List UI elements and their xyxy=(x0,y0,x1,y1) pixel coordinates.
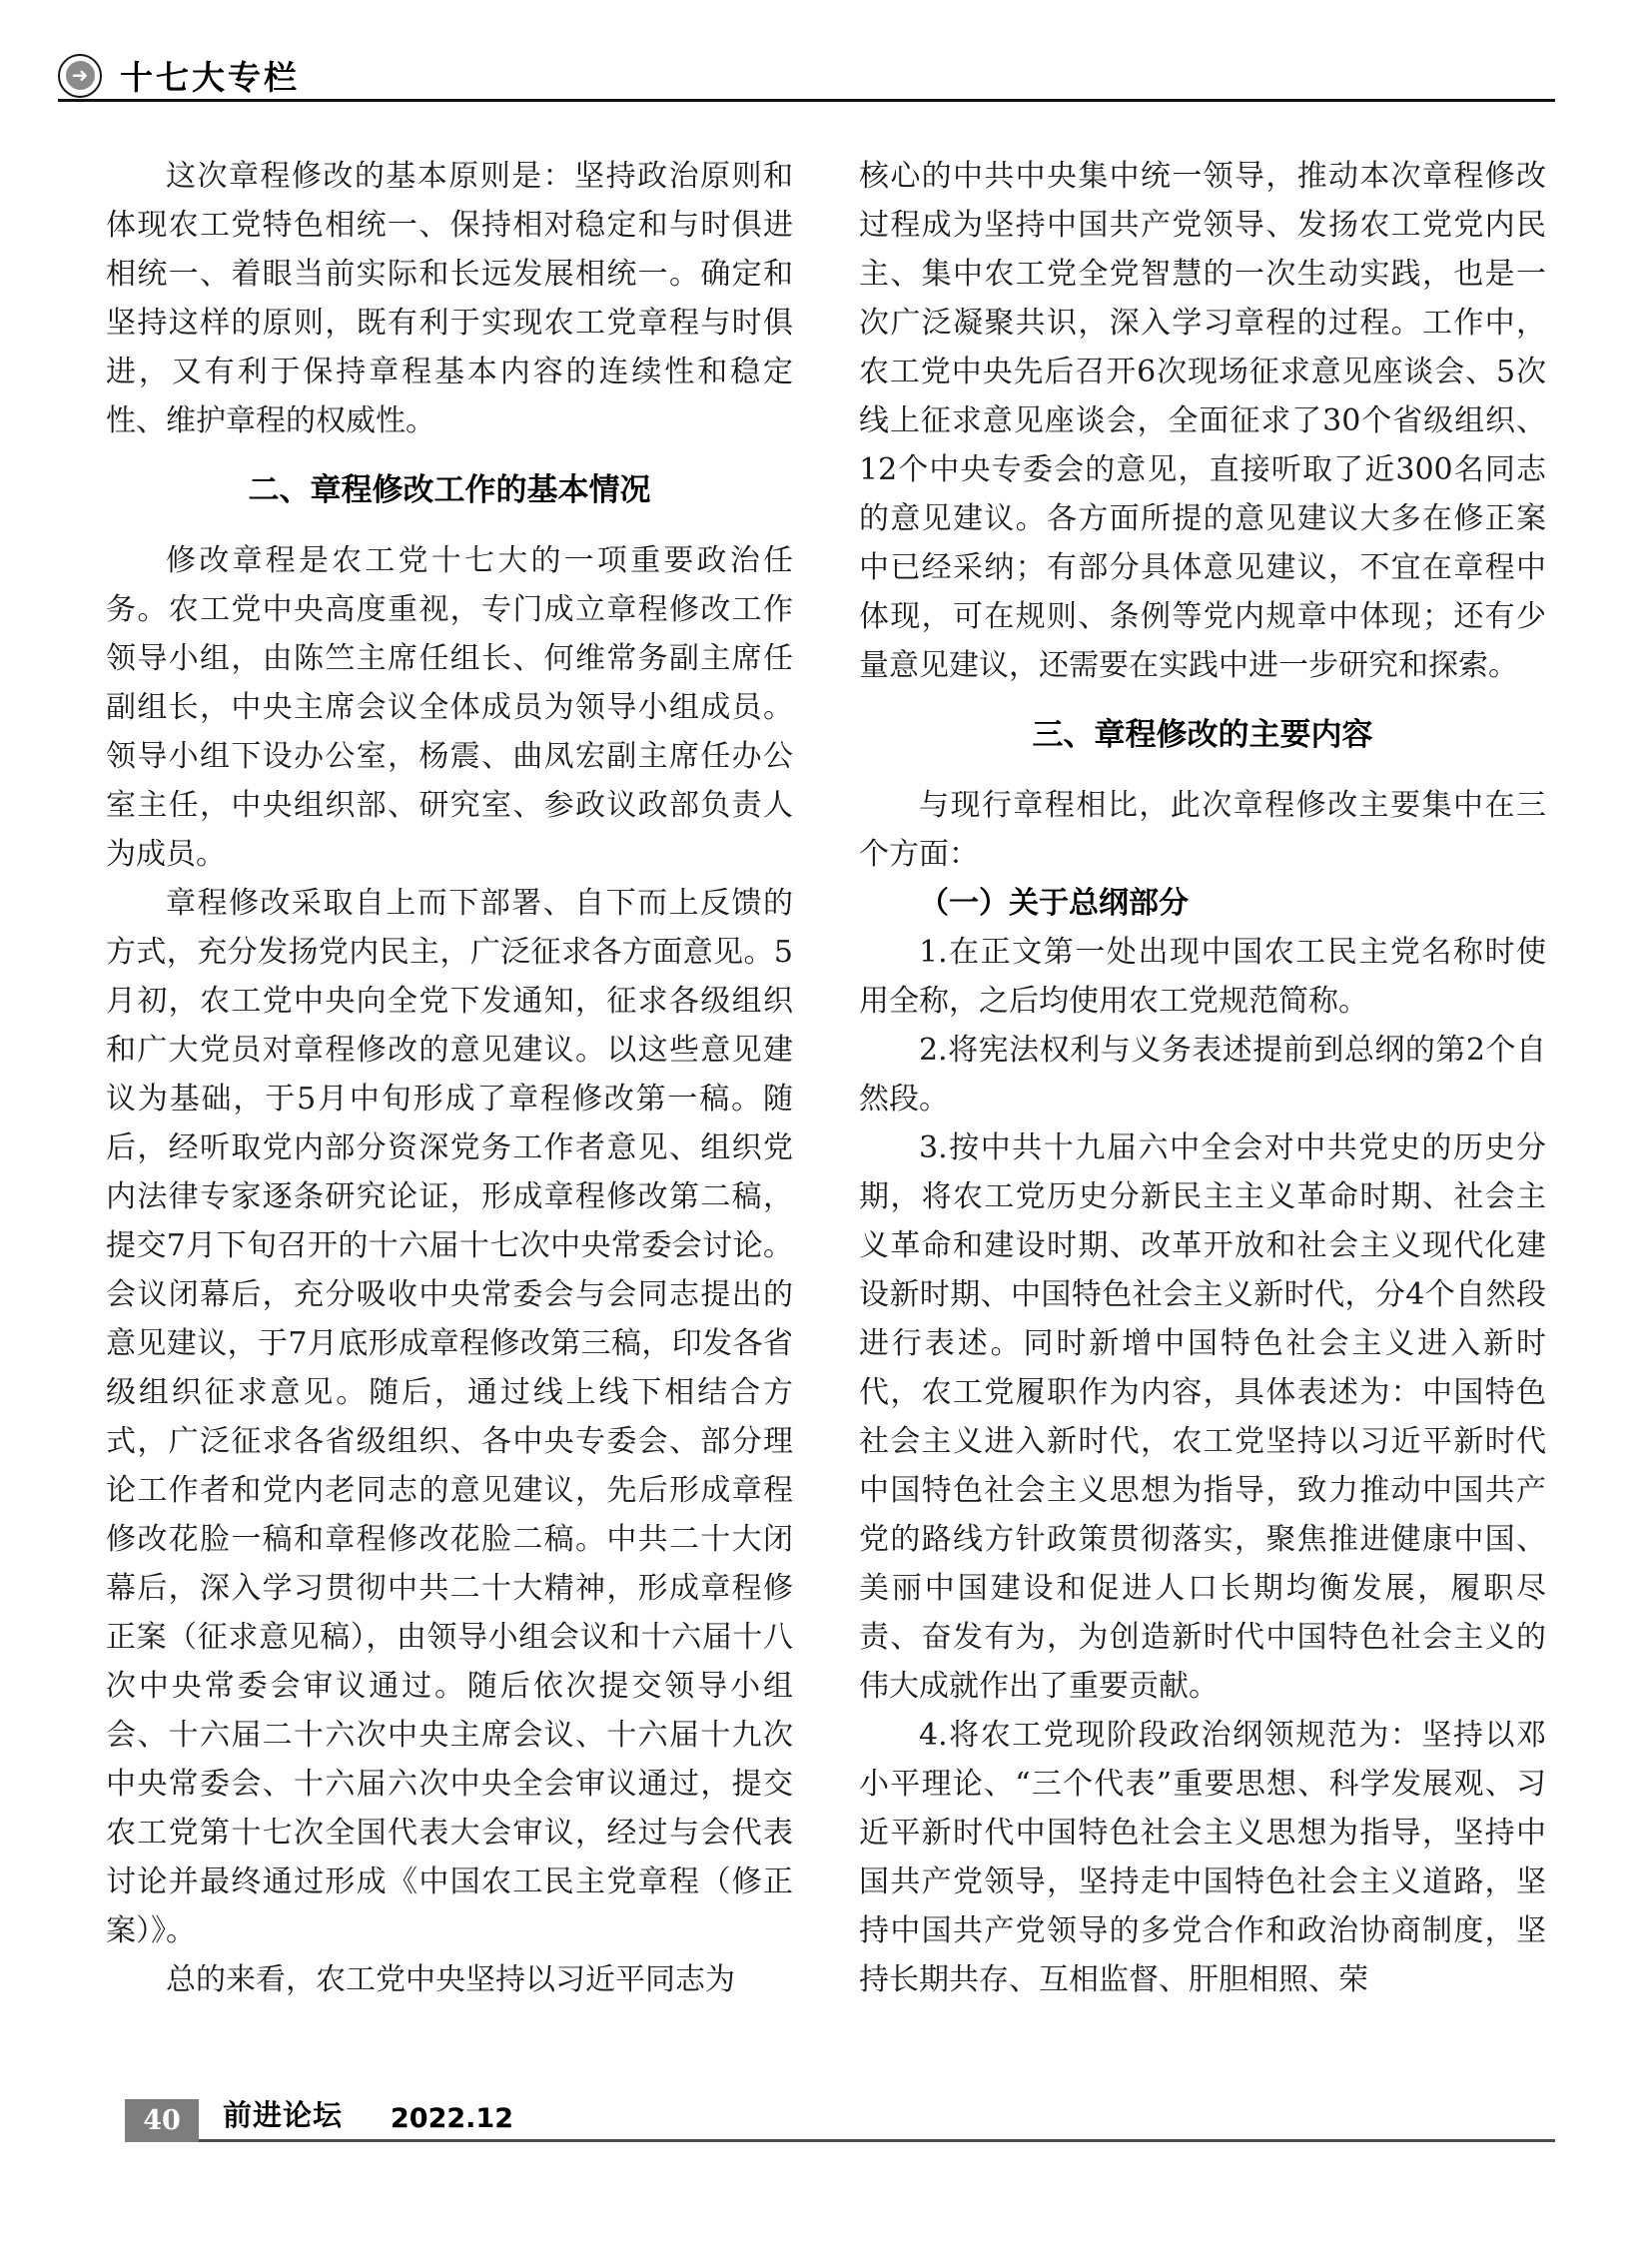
section-heading-3: 三、章程修改的主要内容 xyxy=(859,711,1546,760)
right-column: 核心的中共中央集中统一领导，推动本次章程修改过程成为坚持中国共产党领导、发扬农工… xyxy=(859,152,1546,2004)
paragraph-three-aspects: 与现行章程相比，此次章程修改主要集中在三个方面： xyxy=(859,781,1546,879)
paragraph-leading-group: 修改章程是农工党十七大的一项重要政治任务。农工党中央高度重视，专门成立章程修改工… xyxy=(106,536,793,879)
list-item-4: 4.将农工党现阶段政治纲领规范为：坚持以邓小平理论、“三个代表”重要思想、科学发… xyxy=(859,1711,1546,2004)
arrow-circle-fill: ➜ xyxy=(66,61,95,90)
arrow-glyph: ➜ xyxy=(72,65,89,85)
page-number: 40 xyxy=(143,2105,181,2136)
paragraph-revision-process: 章程修改采取自上而下部署、自下而上反馈的方式，充分发扬党内民主，广泛征求各方面意… xyxy=(106,879,793,1955)
left-column: 这次章程修改的基本原则是：坚持政治原则和体现农工党特色相统一、保持相对稳定和与时… xyxy=(106,152,793,2004)
list-item-1: 1.在正文第一处出现中国农工民主党名称时使用全称，之后均使用农工党规范简称。 xyxy=(859,928,1546,1026)
footer-rule: 前进论坛 2022.12 xyxy=(199,2099,1555,2142)
section-heading-2: 二、章程修改工作的基本情况 xyxy=(106,466,793,515)
subheading-general-program: （一）关于总纲部分 xyxy=(859,879,1546,928)
article-body: 这次章程修改的基本原则是：坚持政治原则和体现农工党特色相统一、保持相对稳定和与时… xyxy=(106,152,1546,2004)
column-title: 十七大专栏 xyxy=(120,52,300,99)
journal-title: 前进论坛 xyxy=(223,2093,343,2134)
paragraph-summary-continued: 核心的中共中央集中统一领导，推动本次章程修改过程成为坚持中国共产党领导、发扬农工… xyxy=(859,152,1546,690)
list-item-2: 2.将宪法权利与义务表述提前到总纲的第2个自然段。 xyxy=(859,1026,1546,1123)
header-divider xyxy=(58,99,1555,102)
page-number-badge: 40 xyxy=(125,2099,199,2142)
list-item-3: 3.按中共十九届六中全会对中共党史的历史分期，将农工党历史分新民主主义革命时期、… xyxy=(859,1123,1546,1711)
paragraph-summary-start: 总的来看，农工党中央坚持以习近平同志为 xyxy=(106,1955,793,2004)
magazine-page: ➜ 十七大专栏 这次章程修改的基本原则是：坚持政治原则和体现农工党特色相统一、保… xyxy=(0,0,1652,2241)
paragraph-principles: 这次章程修改的基本原则是：坚持政治原则和体现农工党特色相统一、保持相对稳定和与时… xyxy=(106,152,793,445)
arrow-right-circle-icon: ➜ xyxy=(58,54,102,98)
issue-date: 2022.12 xyxy=(391,2103,513,2134)
page-footer: 40 前进论坛 2022.12 xyxy=(125,2099,1555,2142)
page-header: ➜ 十七大专栏 xyxy=(58,52,1555,99)
